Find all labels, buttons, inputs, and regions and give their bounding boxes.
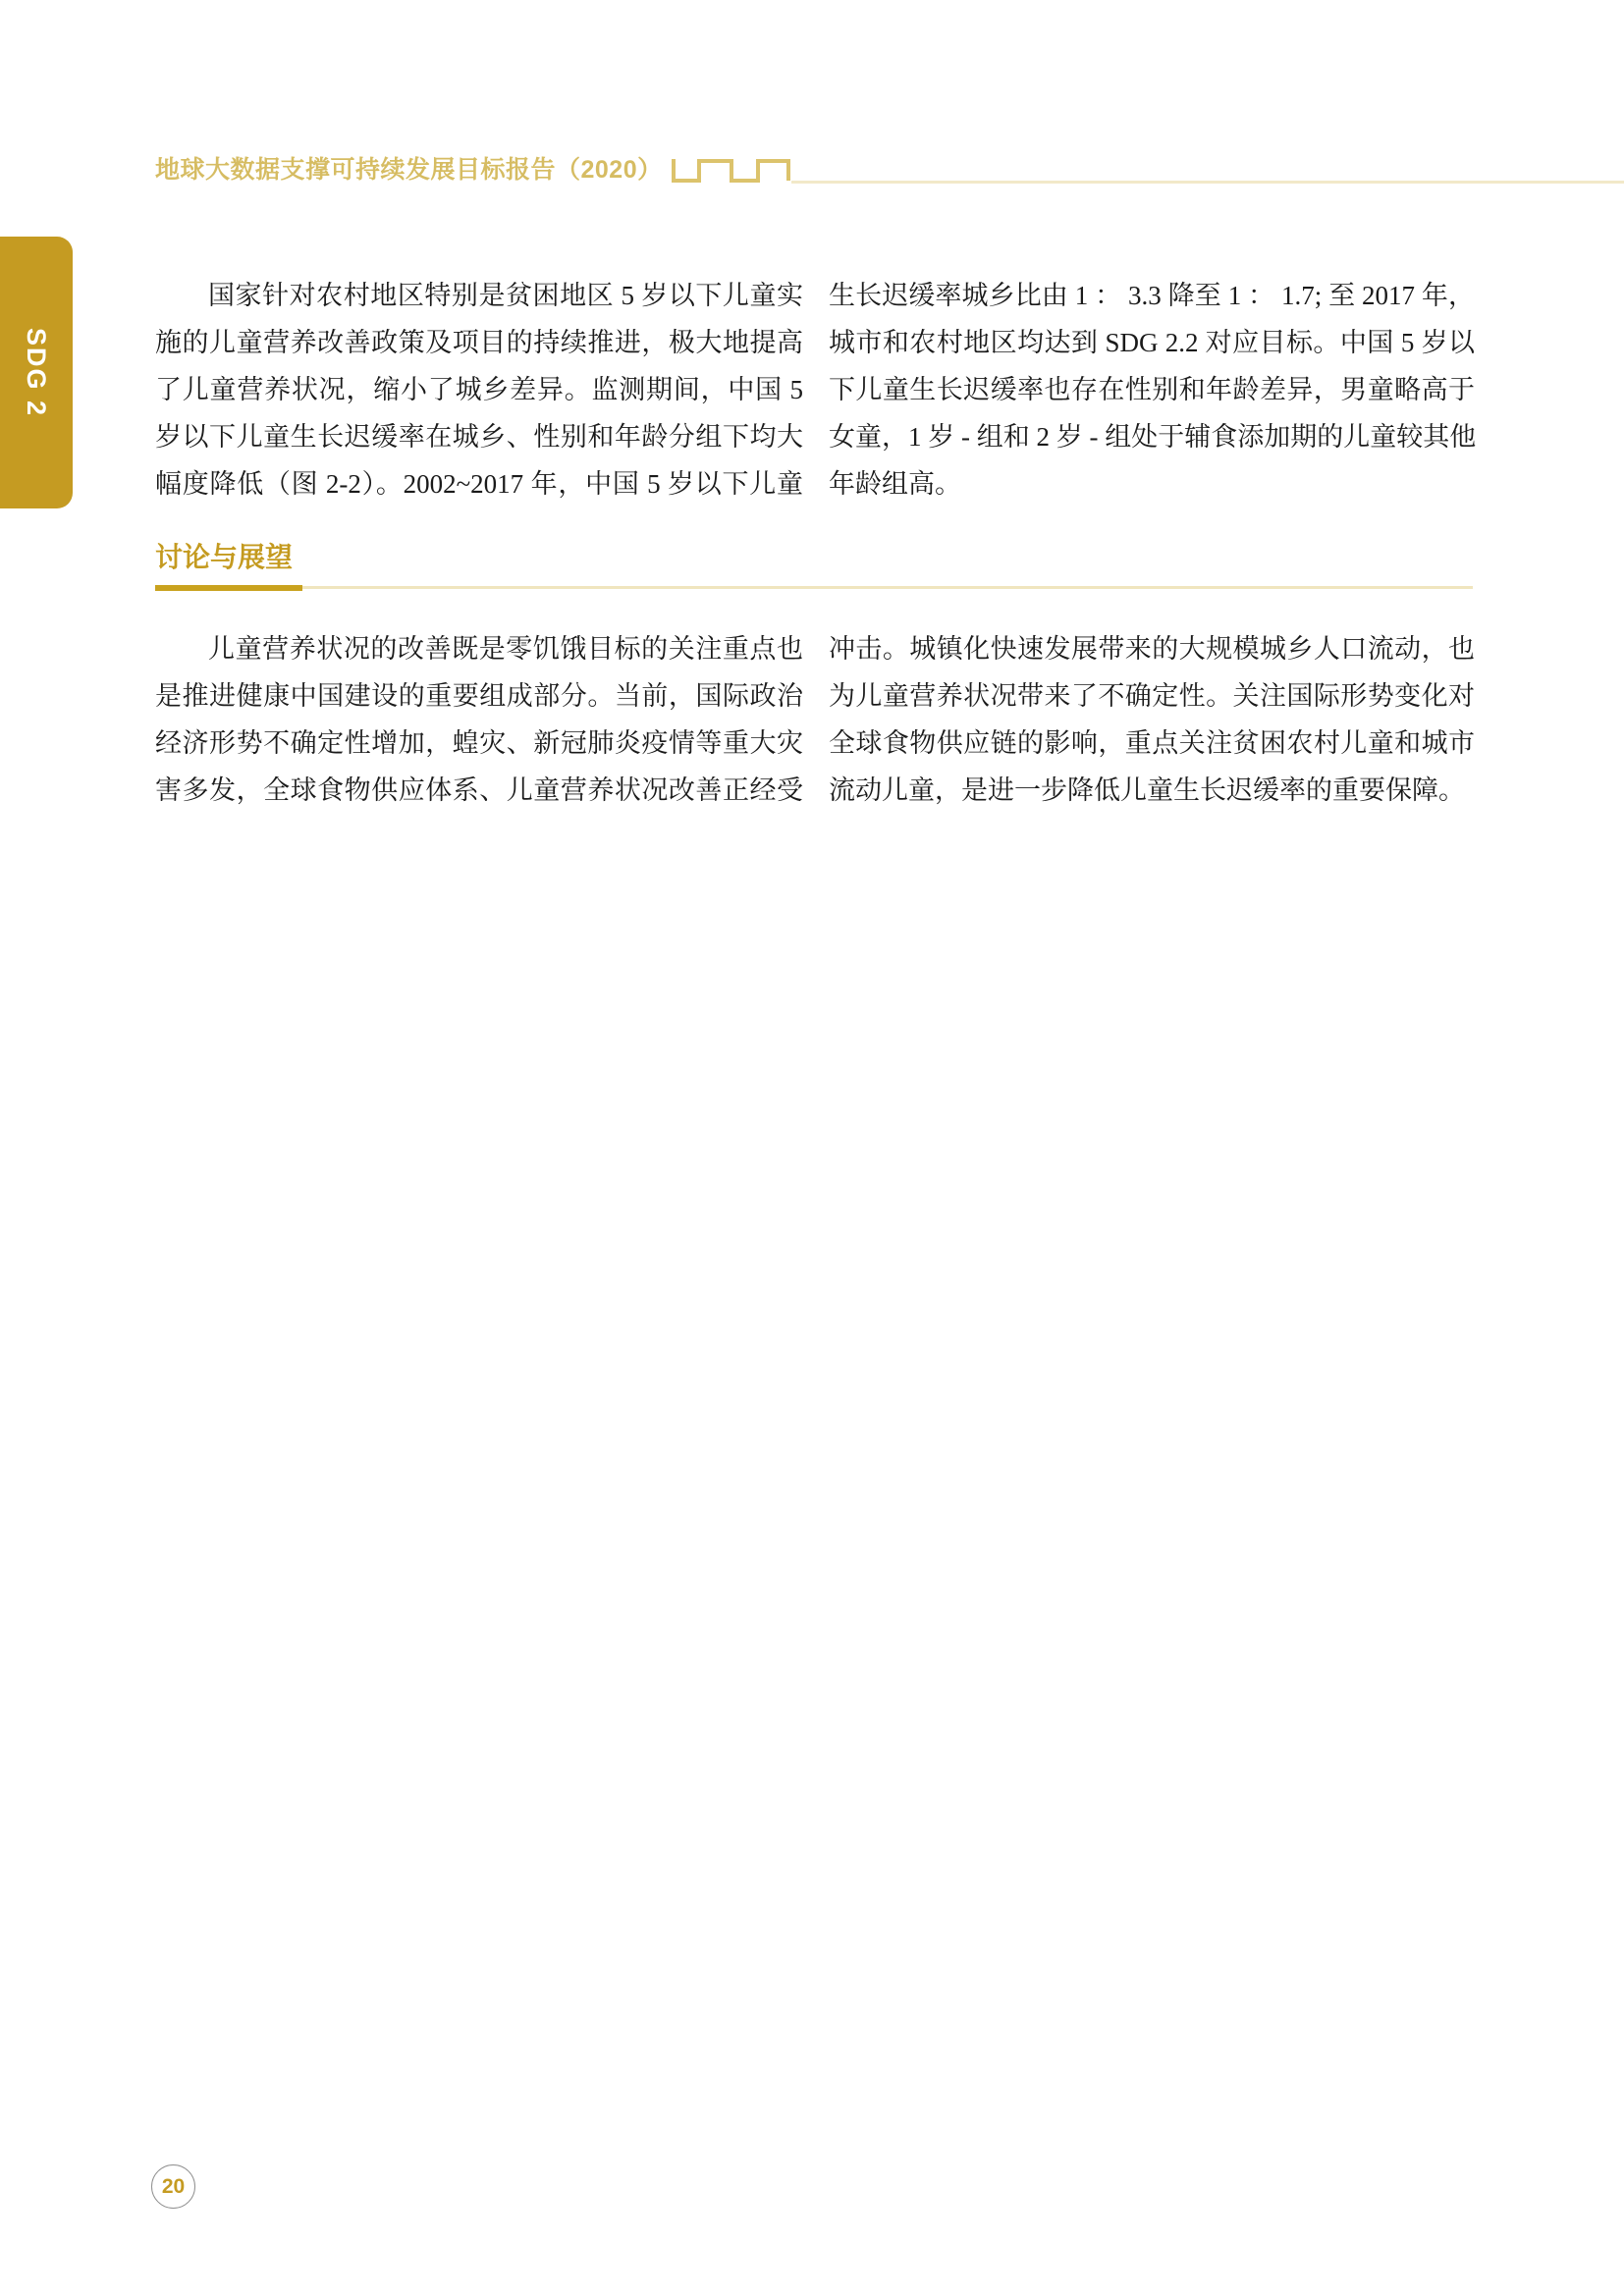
discussion-left-column: 儿童营养状况的改善既是零饥饿目标的关注重点也 是推进健康中国建设的重要组成部分。…: [155, 625, 803, 814]
report-page: 地球大数据支撑可持续发展目标报告（2020） SDG 2 国家针对农村地区特别是…: [0, 0, 1624, 2296]
sdg2-tab-label: SDG 2: [22, 328, 52, 417]
text-line: 幅度降低（图 2-2）。2002~2017 年，中国 5 岁以下儿童: [155, 460, 803, 507]
report-title: 地球大数据支撑可持续发展目标报告（2020）: [155, 157, 663, 184]
text-line: 流动儿童，是进一步降低儿童生长迟缓率的重要保障。: [829, 767, 1475, 814]
text-line: 冲击。城镇化快速发展带来的大规模城乡人口流动，也: [829, 625, 1475, 672]
text-line: 国家针对农村地区特别是贫困地区 5 岁以下儿童实: [155, 272, 803, 319]
text-line: 生长迟缓率城乡比由 1 ： 3.3 降至 1 ： 1.7; 至 2017 年，: [829, 272, 1475, 319]
paragraph1-right-column: 生长迟缓率城乡比由 1 ： 3.3 降至 1 ： 1.7; 至 2017 年， …: [829, 272, 1475, 507]
text-line: 岁以下儿童生长迟缓率在城乡、性别和年龄分组下均大: [155, 413, 803, 460]
text-line: 了儿童营养状况，缩小了城乡差异。监测期间，中国 5: [155, 366, 803, 413]
text-line: 全球食物供应链的影响，重点关注贫困农村儿童和城市: [829, 720, 1475, 767]
text-line: 下儿童生长迟缓率也存在性别和年龄差异，男童略高于: [829, 366, 1475, 413]
page-number-badge: 20: [151, 2164, 195, 2209]
text-line: 女童，1 岁 - 组和 2 岁 - 组处于辅食添加期的儿童较其他: [829, 413, 1475, 460]
text-line: 年龄组高。: [829, 460, 1475, 507]
text-line: 是推进健康中国建设的重要组成部分。当前，国际政治: [155, 672, 803, 720]
heading-underline-pale: [302, 586, 1473, 589]
header-wave-decoration: [672, 158, 791, 184]
heading-underline-dark: [155, 585, 302, 591]
text-line: 害多发，全球食物供应体系、儿童营养状况改善正经受: [155, 767, 803, 814]
text-line: 儿童营养状况的改善既是零饥饿目标的关注重点也: [155, 625, 803, 672]
discussion-right-column: 冲击。城镇化快速发展带来的大规模城乡人口流动，也 为儿童营养状况带来了不确定性。…: [829, 625, 1475, 814]
paragraph1-left-column: 国家针对农村地区特别是贫困地区 5 岁以下儿童实 施的儿童营养改善政策及项目的持…: [155, 272, 803, 507]
page-number: 20: [162, 2175, 185, 2199]
text-line: 城市和农村地区均达到 SDG 2.2 对应目标。中国 5 岁以: [829, 319, 1475, 366]
section-heading-discussion: 讨论与展望: [155, 541, 293, 574]
text-line: 经济形势不确定性增加，蝗灾、新冠肺炎疫情等重大灾: [155, 720, 803, 767]
sdg2-tab: SDG 2: [0, 237, 73, 508]
text-line: 为儿童营养状况带来了不确定性。关注国际形势变化对: [829, 672, 1475, 720]
text-line: 施的儿童营养改善政策及项目的持续推进，极大地提高: [155, 319, 803, 366]
header-rule: [791, 181, 1624, 184]
